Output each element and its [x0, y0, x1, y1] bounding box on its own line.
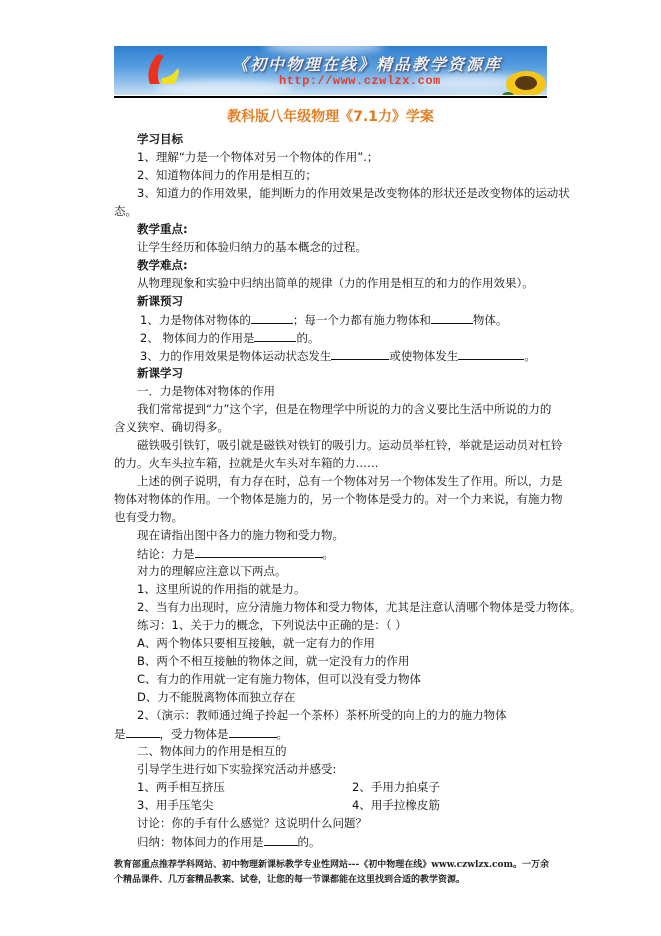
paragraph: 我们常常提到“力”这个字，但是在物理学中所说的力的含义要比生活中所说的力的	[137, 401, 551, 417]
q2-blank-1[interactable]	[126, 725, 160, 738]
exercise-option-d: D、力不能脱离物体而独立存在	[137, 689, 295, 705]
q1-text-c: 物体。	[473, 313, 508, 327]
exercise-q2-cont: 是，受力物体是。	[114, 725, 288, 742]
goal-item-cont: 态。	[114, 203, 137, 219]
q2-blank[interactable]	[254, 329, 296, 342]
note-heading: 对力的理解应注意以下两点。	[137, 563, 287, 579]
q1-text-a: 1、力是物体对物体的	[140, 313, 251, 327]
summary-text-a: 归纳：物体间力的作用是	[137, 835, 264, 849]
paragraph-cont: 也有受力物。	[114, 509, 183, 525]
activity-item: 4、用手拉橡皮筋	[352, 797, 440, 813]
q2-text-b: 的。	[296, 331, 319, 345]
preview-heading: 新课预习	[137, 293, 183, 309]
study-heading: 新课学习	[137, 365, 183, 381]
exercise-option-a: A、两个物体只要相互接触，就一定有力的作用	[137, 635, 375, 651]
exercise-question: 练习：1、关于力的概念，下列说法中正确的是：（ ）	[137, 617, 407, 633]
sunflower-icon	[502, 68, 546, 95]
preview-q2: 2、 物体间力的作用是的。	[140, 329, 319, 346]
activity-item: 3、用手压笔尖	[137, 797, 213, 813]
q3-text-a: 3、力的作用效果是物体运动状态发生	[140, 349, 331, 363]
goal-item: 1、理解“力是一个物体对另一个物体的作用”.；	[137, 149, 378, 165]
preview-q1: 1、力是物体对物体的；每一个力都有施力物体和物体。	[140, 311, 507, 328]
key-point-heading: 教学重点:	[137, 221, 188, 237]
footer-line-1: 教育部重点推荐学科网站、初中物理新课标教学专业性网站---《初中物理在线》www…	[114, 858, 564, 873]
goals-heading: 学习目标	[137, 131, 183, 147]
summary-text-b: 的。	[298, 835, 321, 849]
q1-blank-2[interactable]	[431, 311, 473, 324]
banner-title: 《初中物理在线》精品教学资源库	[232, 52, 502, 75]
q2-cont-text-c: 。	[277, 727, 289, 741]
conclusion-text-a: 结论：力是	[137, 547, 195, 561]
activity-item: 1、两手相互挤压	[137, 779, 225, 795]
footer-line-2: 个精品课件、几万套精品教案、试卷，让您的每一节课都能在这里找到合适的教学资源。	[114, 873, 564, 888]
note-item: 1、这里所说的作用指的就是力。	[137, 581, 305, 597]
goal-item: 3、知道力的作用效果，能判断力的作用效果是改变物体的形状还是改变物体的运动状	[137, 185, 570, 201]
conclusion-text-b: 。	[323, 547, 335, 561]
document-title: 教科版八年级物理《7.1力》学案	[0, 106, 661, 126]
q2-cont-text-a: 是	[114, 727, 126, 741]
paragraph: 现在请指出图中各力的施力物和受力物。	[137, 527, 344, 543]
q1-blank-1[interactable]	[251, 311, 293, 324]
q1-text-b: ；每一个力都有施力物体和	[293, 313, 431, 327]
paragraph-cont: 含义狭窄、确切得多。	[114, 419, 229, 435]
section-2-heading: 二、物体间力的作用是相互的	[137, 743, 287, 759]
q3-blank-2[interactable]	[458, 347, 524, 360]
q3-text-c: 。	[524, 349, 536, 363]
exercise-option-b: B、两个不相互接触的物体之间，就一定没有力的作用	[137, 653, 409, 669]
q2-text-a: 2、 物体间力的作用是	[140, 331, 254, 345]
conclusion-blank[interactable]	[195, 545, 323, 558]
summary: 归纳：物体间力的作用是的。	[137, 833, 321, 850]
paragraph: 磁铁吸引铁钉，吸引就是磁铁对铁钉的吸引力。运动员举杠铃，举就是运动员对杠铃	[137, 437, 563, 453]
difficulty-heading: 教学难点:	[137, 257, 188, 273]
guide-text: 引导学生进行如下实验探究活动并感受:	[137, 761, 336, 777]
exercise-option-c: C、有力的作用就一定有施力物体，但可以没有受力物体	[137, 671, 421, 687]
q2-cont-text-b: ，受力物体是	[160, 727, 229, 741]
q3-text-b: 或使物体发生	[389, 349, 458, 363]
site-logo-icon	[144, 52, 184, 90]
paragraph-cont: 的力。火车头拉车箱，拉就是火车头对车箱的力……	[114, 455, 379, 471]
exercise-q2: 2、（演示：教师通过绳子拎起一个茶杯）茶杯所受的向上的力的施力物体	[137, 707, 507, 723]
page-footer: 教育部重点推荐学科网站、初中物理新课标教学专业性网站---《初中物理在线》www…	[114, 858, 564, 888]
paragraph: 上述的例子说明，有力存在时，总有一个物体对另一个物体发生了作用。所以，力是	[137, 473, 563, 489]
site-banner: 《初中物理在线》精品教学资源库 http://www.czwlzx.com	[114, 46, 547, 95]
banner-url[interactable]: http://www.czwlzx.com	[279, 74, 441, 88]
goal-item: 2、知道物体间力的作用是相互的；	[137, 167, 317, 183]
note-item: 2、当有力出现时，应分清施力物体和受力物体，尤其是注意认清哪个物体是受力物体。	[137, 599, 581, 615]
summary-blank[interactable]	[264, 833, 298, 846]
conclusion: 结论：力是。	[137, 545, 334, 562]
difficulty-text: 从物理现象和实验中归纳出简单的规律（力的作用是相互的和力的作用效果）。	[137, 275, 534, 291]
q2-blank-2[interactable]	[229, 725, 277, 738]
paragraph-cont: 物体对物体的作用。一个物体是施力的，另一个物体是受力的。对一个力来说，有施力物	[114, 491, 563, 507]
key-point-text: 让学生经历和体验归纳力的基本概念的过程。	[137, 239, 367, 255]
section-1-heading: 一．力是物体对物体的作用	[137, 383, 275, 399]
discussion: 讨论：你的手有什么感觉？这说明什么问题？	[137, 815, 367, 831]
preview-q3: 3、力的作用效果是物体运动状态发生或使物体发生。	[140, 347, 536, 364]
q3-blank-1[interactable]	[331, 347, 389, 360]
banner-divider	[114, 96, 547, 98]
activity-item: 2、手用力拍桌子	[352, 779, 440, 795]
